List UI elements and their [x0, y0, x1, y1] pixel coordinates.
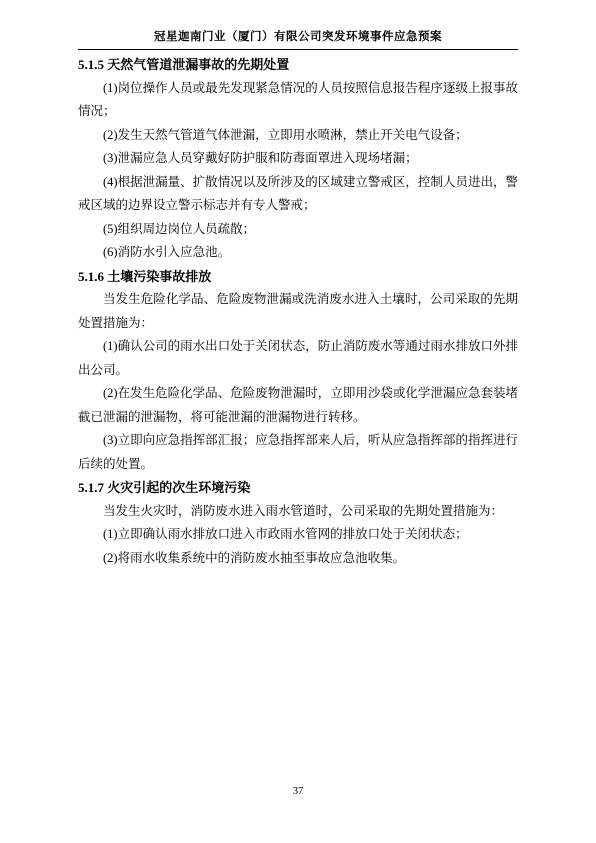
paragraph: (3)立即向应急指挥部汇报；应急指挥部来人后，听从应急指挥部的指挥进行后续的处置…: [78, 429, 518, 476]
paragraph: 当发生火灾时，消防废水进入雨水管道时，公司采取的先期处置措施为：: [78, 500, 518, 524]
paragraph: (1)立即确认雨水排放口进入市政雨水管网的排放口处于关闭状态；: [78, 523, 518, 547]
section-heading: 5.1.6 土壤污染事故排放: [78, 265, 518, 289]
section-5-1-5: 5.1.5 天然气管道泄漏事故的先期处置 (1)岗位操作人员或最先发现紧急情况的…: [78, 53, 518, 265]
paragraph: (4)根据泄漏量、扩散情况以及所涉及的区域建立警戒区，控制人员进出，警戒区域的边…: [78, 171, 518, 218]
document-header-title: 冠星迦南门业（厦门）有限公司突发环境事件应急预案: [78, 28, 518, 50]
paragraph: (2)发生天然气管道气体泄漏，立即用水喷淋，禁止开关电气设备；: [78, 124, 518, 148]
paragraph: (3)泄漏应急人员穿戴好防护服和防毒面罩进入现场堵漏；: [78, 147, 518, 171]
paragraph: (1)岗位操作人员或最先发现紧急情况的人员按照信息报告程序逐级上报事故情况；: [78, 77, 518, 124]
paragraph: (1)确认公司的雨水出口处于关闭状态，防止消防废水等通过雨水排放口外排出公司。: [78, 335, 518, 382]
page-number: 37: [0, 786, 596, 797]
section-5-1-7: 5.1.7 火灾引起的次生环境污染 当发生火灾时，消防废水进入雨水管道时，公司采…: [78, 476, 518, 570]
paragraph: (2)将雨水收集系统中的消防废水抽至事故应急池收集。: [78, 547, 518, 571]
section-5-1-6: 5.1.6 土壤污染事故排放 当发生危险化学品、危险废物泄漏或洗消废水进入土壤时…: [78, 265, 518, 477]
paragraph: (5)组织周边岗位人员疏散；: [78, 218, 518, 242]
document-body: 5.1.5 天然气管道泄漏事故的先期处置 (1)岗位操作人员或最先发现紧急情况的…: [78, 53, 518, 570]
document-page: 冠星迦南门业（厦门）有限公司突发环境事件应急预案 5.1.5 天然气管道泄漏事故…: [0, 0, 596, 843]
paragraph: (6)消防水引入应急池。: [78, 241, 518, 265]
section-heading: 5.1.5 天然气管道泄漏事故的先期处置: [78, 53, 518, 77]
section-heading: 5.1.7 火灾引起的次生环境污染: [78, 476, 518, 500]
paragraph: 当发生危险化学品、危险废物泄漏或洗消废水进入土壤时，公司采取的先期处置措施为：: [78, 288, 518, 335]
paragraph: (2)在发生危险化学品、危险废物泄漏时，立即用沙袋或化学泄漏应急套装堵截已泄漏的…: [78, 382, 518, 429]
